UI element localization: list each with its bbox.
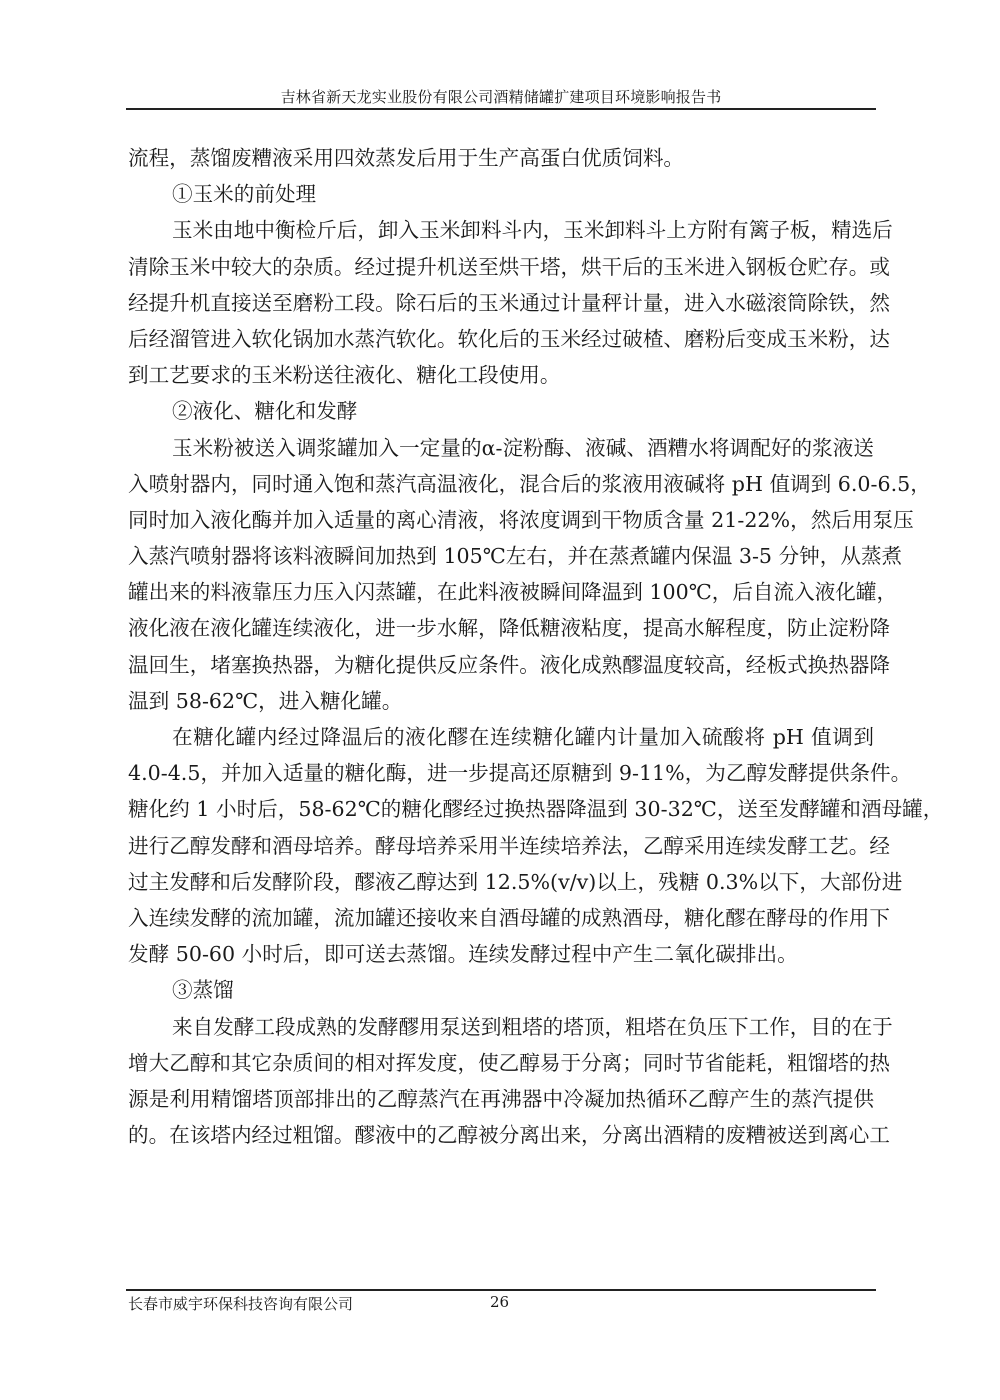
paragraph-line: 流程，蒸馏废糟液采用四效蒸发后用于生产高蛋白优质饲料。	[128, 140, 874, 176]
paragraph-line: 进行乙醇发酵和酒母培养。酵母培养采用半连续培养法，乙醇采用连续发酵工艺。经	[128, 828, 874, 864]
paragraph-line: 来自发酵工段成熟的发酵醪用泵送到粗塔的塔顶，粗塔在负压下工作，目的在于	[128, 1009, 874, 1045]
paragraph-line: 温到 58-62℃，进入糖化罐。	[128, 683, 874, 719]
page-number: 26	[490, 1293, 509, 1311]
paragraph-line: 入连续发酵的流加罐，流加罐还接收来自酒母罐的成熟酒母，糖化醪在酵母的作用下	[128, 900, 874, 936]
document-body: 流程，蒸馏废糟液采用四效蒸发后用于生产高蛋白优质饲料。 ①玉米的前处理 玉米由地…	[128, 140, 874, 1153]
paragraph-line: 后经溜管进入软化锅加水蒸汽软化。软化后的玉米经过破楂、磨粉后变成玉米粉，达	[128, 321, 874, 357]
paragraph-line: 糖化约 1 小时后，58-62℃的糖化醪经过换热器降温到 30-32℃，送至发酵…	[128, 791, 874, 827]
section-heading: ②液化、糖化和发酵	[128, 393, 874, 429]
paragraph-line: 玉米粉被送入调浆罐加入一定量的α-淀粉酶、液碱、酒糟水将调配好的浆液送	[128, 430, 874, 466]
paragraph-line: 入蒸汽喷射器将该料液瞬间加热到 105℃左右，并在蒸煮罐内保温 3-5 分钟，从…	[128, 538, 874, 574]
paragraph-line: 源是利用精馏塔顶部排出的乙醇蒸汽在再沸器中冷凝加热循环乙醇产生的蒸汽提供	[128, 1081, 874, 1117]
section-heading: ①玉米的前处理	[128, 176, 874, 212]
paragraph-line: 到工艺要求的玉米粉送往液化、糖化工段使用。	[128, 357, 874, 393]
paragraph-line: 的。在该塔内经过粗馏。醪液中的乙醇被分离出来，分离出酒精的废糟被送到离心工	[128, 1117, 874, 1153]
document-header-title: 吉林省新天龙实业股份有限公司酒精储罐扩建项目环境影响报告书	[126, 86, 876, 107]
paragraph-line: 液化液在液化罐连续液化，进一步水解，降低糖液粘度，提高水解程度，防止淀粉降	[128, 610, 874, 646]
footer-divider	[126, 1289, 876, 1291]
paragraph-line: 入喷射器内，同时通入饱和蒸汽高温液化，混合后的浆液用液碱将 pH 值调到 6.0…	[128, 466, 874, 502]
paragraph-line: 过主发酵和后发酵阶段，醪液乙醇达到 12.5%(v/v)以上，残糖 0.3%以下…	[128, 864, 874, 900]
paragraph-line: 温回生，堵塞换热器，为糖化提供反应条件。液化成熟醪温度较高，经板式换热器降	[128, 647, 874, 683]
paragraph-line: 发酵 50-60 小时后，即可送去蒸馏。连续发酵过程中产生二氧化碳排出。	[128, 936, 874, 972]
footer-company-name: 长春市威宇环保科技咨询有限公司	[128, 1293, 353, 1314]
paragraph-line: 在糖化罐内经过降温后的液化醪在连续糖化罐内计量加入硫酸将 pH 值调到	[128, 719, 874, 755]
paragraph-line: 清除玉米中较大的杂质。经过提升机送至烘干塔，烘干后的玉米进入钢板仓贮存。或	[128, 249, 874, 285]
paragraph-line: 增大乙醇和其它杂质间的相对挥发度，使乙醇易于分离；同时节省能耗，粗馏塔的热	[128, 1045, 874, 1081]
header-divider	[126, 108, 876, 110]
paragraph-line: 经提升机直接送至磨粉工段。除石后的玉米通过计量秤计量，进入水磁滚筒除铁，然	[128, 285, 874, 321]
section-heading: ③蒸馏	[128, 972, 874, 1008]
paragraph-line: 4.0-4.5，并加入适量的糖化酶，进一步提高还原糖到 9-11%，为乙醇发酵提…	[128, 755, 874, 791]
paragraph-line: 同时加入液化酶并加入适量的离心清液，将浓度调到干物质含量 21-22%，然后用泵…	[128, 502, 874, 538]
paragraph-line: 玉米由地中衡检斤后，卸入玉米卸料斗内，玉米卸料斗上方附有篱子板，精选后	[128, 212, 874, 248]
paragraph-line: 罐出来的料液靠压力压入闪蒸罐，在此料液被瞬间降温到 100℃，后自流入液化罐，	[128, 574, 874, 610]
